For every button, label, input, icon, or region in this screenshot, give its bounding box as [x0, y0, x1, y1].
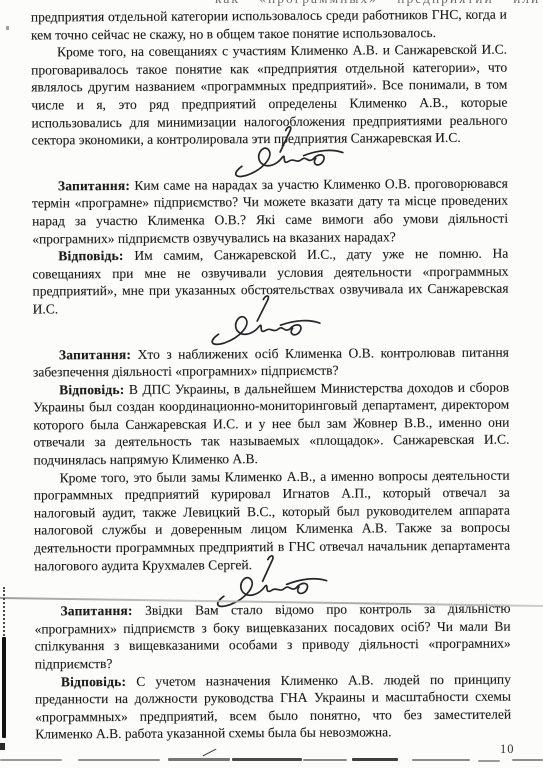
document-body: предприятия отдельной категории использо…	[31, 6, 511, 744]
paragraph-label: Запитання:	[60, 603, 132, 618]
question-paragraph: Запитання: Ким саме на нарадах за участю…	[32, 174, 508, 247]
paragraph-label: Відповідь:	[59, 382, 124, 397]
paragraph-label: Запитання:	[59, 346, 131, 361]
signature	[32, 146, 508, 177]
signature	[33, 315, 509, 346]
answer-paragraph: Відповідь: В ДПС Украины, в дальнейшем М…	[33, 378, 510, 469]
body-paragraph: предприятия отдельной категории использо…	[31, 6, 507, 44]
scan-speck-artifact	[6, 26, 9, 30]
answer-paragraph: Відповідь: С учетом назначения Клименко …	[35, 670, 511, 743]
scanned-document-page: как «программных» предприятий или предпр…	[0, 0, 543, 768]
paragraph-label: Відповідь:	[61, 673, 126, 688]
scan-corner-mark-artifact	[0, 743, 5, 750]
signature-icon	[200, 291, 329, 352]
paragraph-label: Відповідь:	[58, 248, 123, 263]
scan-edge-bar-artifact	[2, 637, 6, 738]
signature-icon	[223, 123, 351, 182]
scan-dotted-edge-artifact	[3, 587, 5, 639]
paragraph-label: Запитання:	[58, 178, 130, 193]
page-number: 10	[500, 742, 515, 757]
scan-bottom-edge-artifact	[0, 756, 543, 768]
